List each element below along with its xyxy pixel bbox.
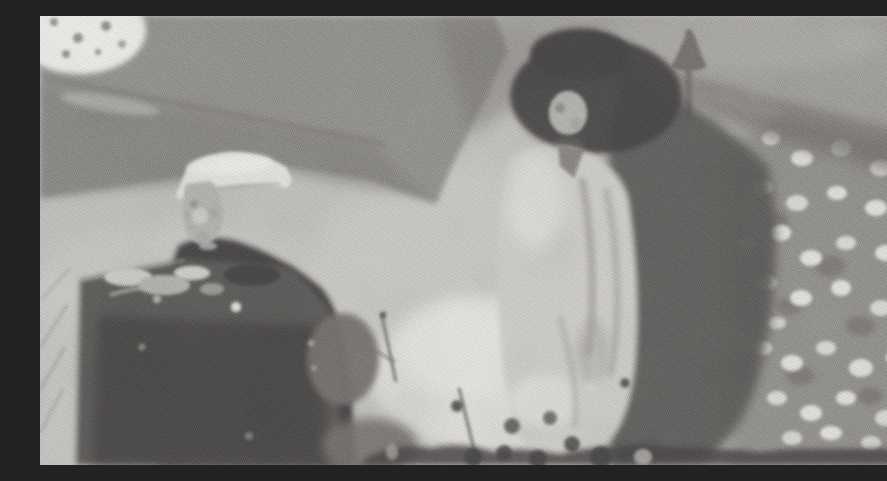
photo-canvas <box>40 16 887 465</box>
film-grain <box>40 16 887 465</box>
grain-layer <box>40 16 887 465</box>
photograph <box>40 16 887 465</box>
